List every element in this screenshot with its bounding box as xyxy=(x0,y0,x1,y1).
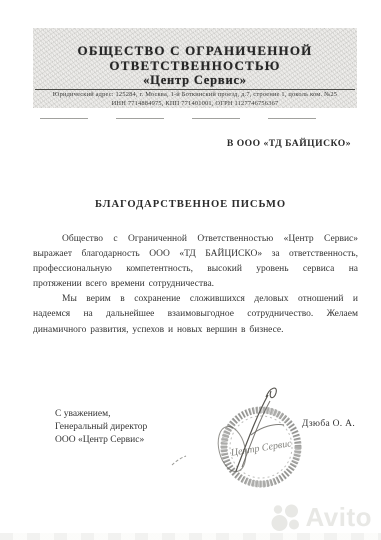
stamp-and-signature: Центр Сервис xyxy=(158,383,306,495)
avito-watermark: Avito xyxy=(271,502,372,533)
org-short-name: «Центр Сервис» xyxy=(33,73,357,87)
registration-numbers: ИНН 7714884975, КПП 771401001, ОГРН 1127… xyxy=(33,100,357,108)
stamp-text: Центр Сервис xyxy=(229,438,293,459)
signature-stroke xyxy=(251,424,284,435)
signature-job-title: Генеральный директор xyxy=(55,421,147,434)
signatory-name: Дзюба О. А. xyxy=(302,419,355,429)
scanned-letter-page: ОБЩЕСТВО С ОГРАНИЧЕННОЙ ОТВЕТСТВЕННОСТЬЮ… xyxy=(0,0,381,540)
signature-stroke xyxy=(236,395,268,471)
document-title: БЛАГОДАРСТВЕННОЕ ПИСЬМО xyxy=(0,199,381,210)
pen-dash-mark xyxy=(172,456,186,465)
body-paragraph-2: Мы верим в сохранение сложившихся деловы… xyxy=(33,292,358,337)
body-paragraph-1: Общество с Ограниченной Ответственностью… xyxy=(33,232,358,292)
org-name-line1: ОБЩЕСТВО С ОГРАНИЧЕННОЙ xyxy=(33,28,357,58)
recipient-line: В ООО «ТД БАЙЦИСКО» xyxy=(227,138,351,149)
scan-edge-artifact xyxy=(0,533,381,540)
legal-address: Юридический адрес: 125284, г. Москва, 1-… xyxy=(33,91,357,99)
avito-logo-icon xyxy=(271,503,301,533)
letterhead-divider xyxy=(35,89,355,90)
letterhead: ОБЩЕСТВО С ОГРАНИЧЕННОЙ ОТВЕТСТВЕННОСТЬЮ… xyxy=(33,28,357,108)
letter-body: Общество с Ограниченной Ответственностью… xyxy=(33,232,358,338)
signature-company: ООО «Центр Сервис» xyxy=(55,434,147,447)
signature-block: С уважением, Генеральный директор ООО «Ц… xyxy=(55,408,147,446)
letterhead-bottom-rule xyxy=(40,118,332,119)
signature-closing: С уважением, xyxy=(55,408,147,421)
company-stamp-icon: Центр Сервис xyxy=(158,383,306,495)
org-name-line2: ОТВЕТСТВЕННОСТЬЮ xyxy=(33,58,357,73)
avito-watermark-text: Avito xyxy=(305,502,372,533)
